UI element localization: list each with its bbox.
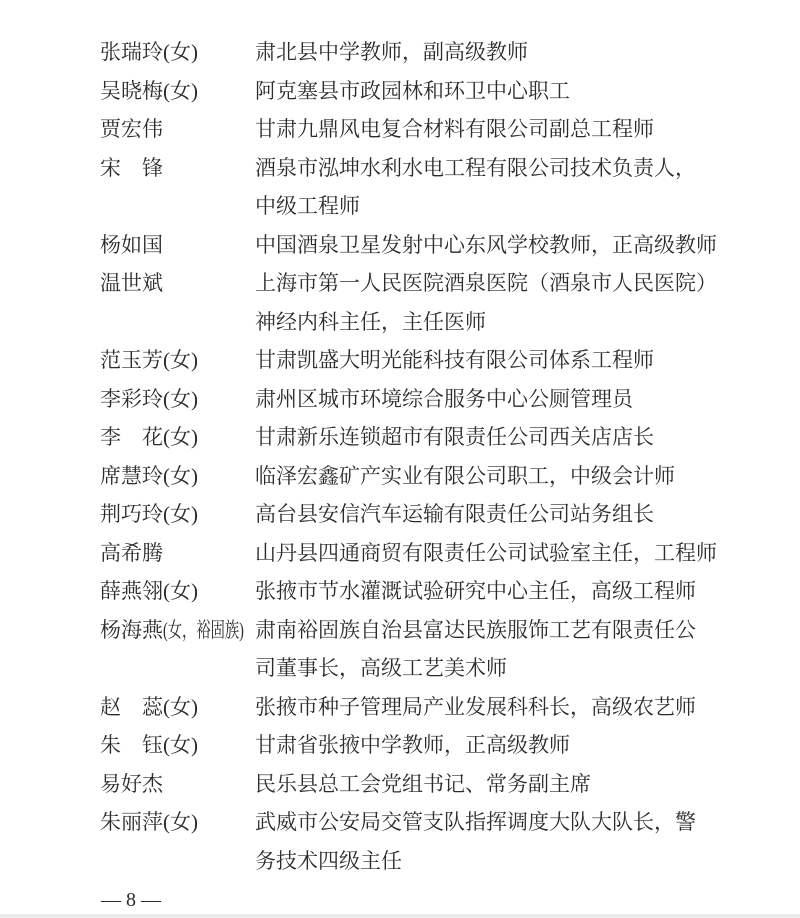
person-name: 朱 钰(女): [100, 726, 255, 765]
desc-line: 肃北县中学教师，副高级教师: [255, 33, 740, 72]
person-desc: 甘肃凯盛大明光能科技有限公司体系工程师: [255, 341, 740, 380]
list-item: 李彩玲(女) 肃州区城市环境综合服务中心公厕管理员: [100, 380, 740, 419]
list-item: 宋 锋 酒泉市泓坤水利水电工程有限公司技术负责人，中级工程师: [100, 149, 740, 226]
person-desc: 甘肃省张掖中学教师，正高级教师: [255, 726, 740, 765]
list-item: 薛燕翎(女) 张掖市节水灌溉试验研究中心主任，高级工程师: [100, 572, 740, 611]
desc-line: 甘肃省张掖中学教师，正高级教师: [255, 726, 740, 765]
list-item: 朱 钰(女) 甘肃省张掖中学教师，正高级教师: [100, 726, 740, 765]
list-item: 李 花(女) 甘肃新乐连锁超市有限责任公司西关店店长: [100, 418, 740, 457]
list-item: 温世斌 上海市第一人民医院酒泉医院（酒泉市人民医院）神经内科主任，主任医师: [100, 264, 740, 341]
person-name-suffix: (女，裕固族): [163, 611, 244, 650]
desc-line: 中级工程师: [255, 187, 740, 226]
person-name: 李 花(女): [100, 418, 255, 457]
person-name: 席慧玲(女): [100, 457, 255, 496]
person-desc: 张掖市节水灌溉试验研究中心主任，高级工程师: [255, 572, 740, 611]
person-name: 张瑞玲(女): [100, 33, 255, 72]
desc-line: 张掖市种子管理局产业发展科科长，高级农艺师: [255, 688, 740, 727]
list-item: 范玉芳(女) 甘肃凯盛大明光能科技有限公司体系工程师: [100, 341, 740, 380]
desc-line: 中国酒泉卫星发射中心东风学校教师，正高级教师: [255, 226, 740, 265]
document-page: 张瑞玲(女) 肃北县中学教师，副高级教师 吴晓梅(女) 阿克塞县市政园林和环卫中…: [0, 0, 800, 918]
person-name: 范玉芳(女): [100, 341, 255, 380]
desc-line: 肃州区城市环境综合服务中心公厕管理员: [255, 380, 740, 419]
list-item: 杨如国 中国酒泉卫星发射中心东风学校教师，正高级教师: [100, 226, 740, 265]
person-name: 杨海燕(女，裕固族): [100, 611, 255, 650]
desc-line: 酒泉市泓坤水利水电工程有限公司技术负责人，: [255, 149, 740, 188]
person-desc: 张掖市种子管理局产业发展科科长，高级农艺师: [255, 688, 740, 727]
person-name: 荆巧玲(女): [100, 495, 255, 534]
person-name: 朱丽萍(女): [100, 803, 255, 842]
desc-line: 神经内科主任，主任医师: [255, 303, 740, 342]
person-desc: 甘肃新乐连锁超市有限责任公司西关店店长: [255, 418, 740, 457]
person-desc: 武威市公安局交管支队指挥调度大队大队长，警务技术四级主任: [255, 803, 740, 880]
desc-line: 肃南裕固族自治县富达民族服饰工艺有限责任公: [255, 611, 740, 650]
person-name: 温世斌: [100, 264, 255, 303]
desc-line: 张掖市节水灌溉试验研究中心主任，高级工程师: [255, 572, 740, 611]
desc-line: 山丹县四通商贸有限责任公司试验室主任，工程师: [255, 534, 740, 573]
list-item: 张瑞玲(女) 肃北县中学教师，副高级教师: [100, 33, 740, 72]
page-bottom-edge: [0, 914, 800, 918]
person-desc: 肃南裕固族自治县富达民族服饰工艺有限责任公司董事长，高级工艺美术师: [255, 611, 740, 688]
person-desc: 酒泉市泓坤水利水电工程有限公司技术负责人，中级工程师: [255, 149, 740, 226]
desc-line: 阿克塞县市政园林和环卫中心职工: [255, 72, 740, 111]
desc-line: 临泽宏鑫矿产实业有限公司职工，中级会计师: [255, 457, 740, 496]
page-number: — 8 —: [101, 888, 161, 912]
person-name: 杨如国: [100, 226, 255, 265]
list-item: 杨海燕(女，裕固族) 肃南裕固族自治县富达民族服饰工艺有限责任公司董事长，高级工…: [100, 611, 740, 688]
person-desc: 肃北县中学教师，副高级教师: [255, 33, 740, 72]
list-item: 席慧玲(女) 临泽宏鑫矿产实业有限公司职工，中级会计师: [100, 457, 740, 496]
desc-line: 甘肃九鼎风电复合材料有限公司副总工程师: [255, 110, 740, 149]
person-desc: 山丹县四通商贸有限责任公司试验室主任，工程师: [255, 534, 740, 573]
desc-line: 民乐县总工会党组书记、常务副主席: [255, 765, 740, 804]
person-desc: 甘肃九鼎风电复合材料有限公司副总工程师: [255, 110, 740, 149]
person-name: 易好杰: [100, 765, 255, 804]
list-item: 高希腾 山丹县四通商贸有限责任公司试验室主任，工程师: [100, 534, 740, 573]
list-item: 易好杰 民乐县总工会党组书记、常务副主席: [100, 765, 740, 804]
person-name: 薛燕翎(女): [100, 572, 255, 611]
desc-line: 务技术四级主任: [255, 842, 740, 881]
list-item: 吴晓梅(女) 阿克塞县市政园林和环卫中心职工: [100, 72, 740, 111]
person-name: 赵 蕊(女): [100, 688, 255, 727]
desc-line: 高台县安信汽车运输有限责任公司站务组长: [255, 495, 740, 534]
person-name: 贾宏伟: [100, 110, 255, 149]
person-desc: 中国酒泉卫星发射中心东风学校教师，正高级教师: [255, 226, 740, 265]
person-name: 高希腾: [100, 534, 255, 573]
person-desc: 民乐县总工会党组书记、常务副主席: [255, 765, 740, 804]
desc-line: 司董事长，高级工艺美术师: [255, 649, 740, 688]
person-desc: 肃州区城市环境综合服务中心公厕管理员: [255, 380, 740, 419]
desc-line: 武威市公安局交管支队指挥调度大队大队长，警: [255, 803, 740, 842]
person-name: 宋 锋: [100, 149, 255, 188]
person-desc: 上海市第一人民医院酒泉医院（酒泉市人民医院）神经内科主任，主任医师: [255, 264, 740, 341]
desc-line: 上海市第一人民医院酒泉医院（酒泉市人民医院）: [255, 264, 740, 303]
list-item: 赵 蕊(女) 张掖市种子管理局产业发展科科长，高级农艺师: [100, 688, 740, 727]
person-name: 吴晓梅(女): [100, 72, 255, 111]
list-item: 朱丽萍(女) 武威市公安局交管支队指挥调度大队大队长，警务技术四级主任: [100, 803, 740, 880]
person-desc: 阿克塞县市政园林和环卫中心职工: [255, 72, 740, 111]
person-name: 李彩玲(女): [100, 380, 255, 419]
person-desc: 高台县安信汽车运输有限责任公司站务组长: [255, 495, 740, 534]
person-desc: 临泽宏鑫矿产实业有限公司职工，中级会计师: [255, 457, 740, 496]
desc-line: 甘肃新乐连锁超市有限责任公司西关店店长: [255, 418, 740, 457]
award-recipient-list: 张瑞玲(女) 肃北县中学教师，副高级教师 吴晓梅(女) 阿克塞县市政园林和环卫中…: [100, 33, 740, 880]
list-item: 荆巧玲(女) 高台县安信汽车运输有限责任公司站务组长: [100, 495, 740, 534]
list-item: 贾宏伟 甘肃九鼎风电复合材料有限公司副总工程师: [100, 110, 740, 149]
desc-line: 甘肃凯盛大明光能科技有限公司体系工程师: [255, 341, 740, 380]
